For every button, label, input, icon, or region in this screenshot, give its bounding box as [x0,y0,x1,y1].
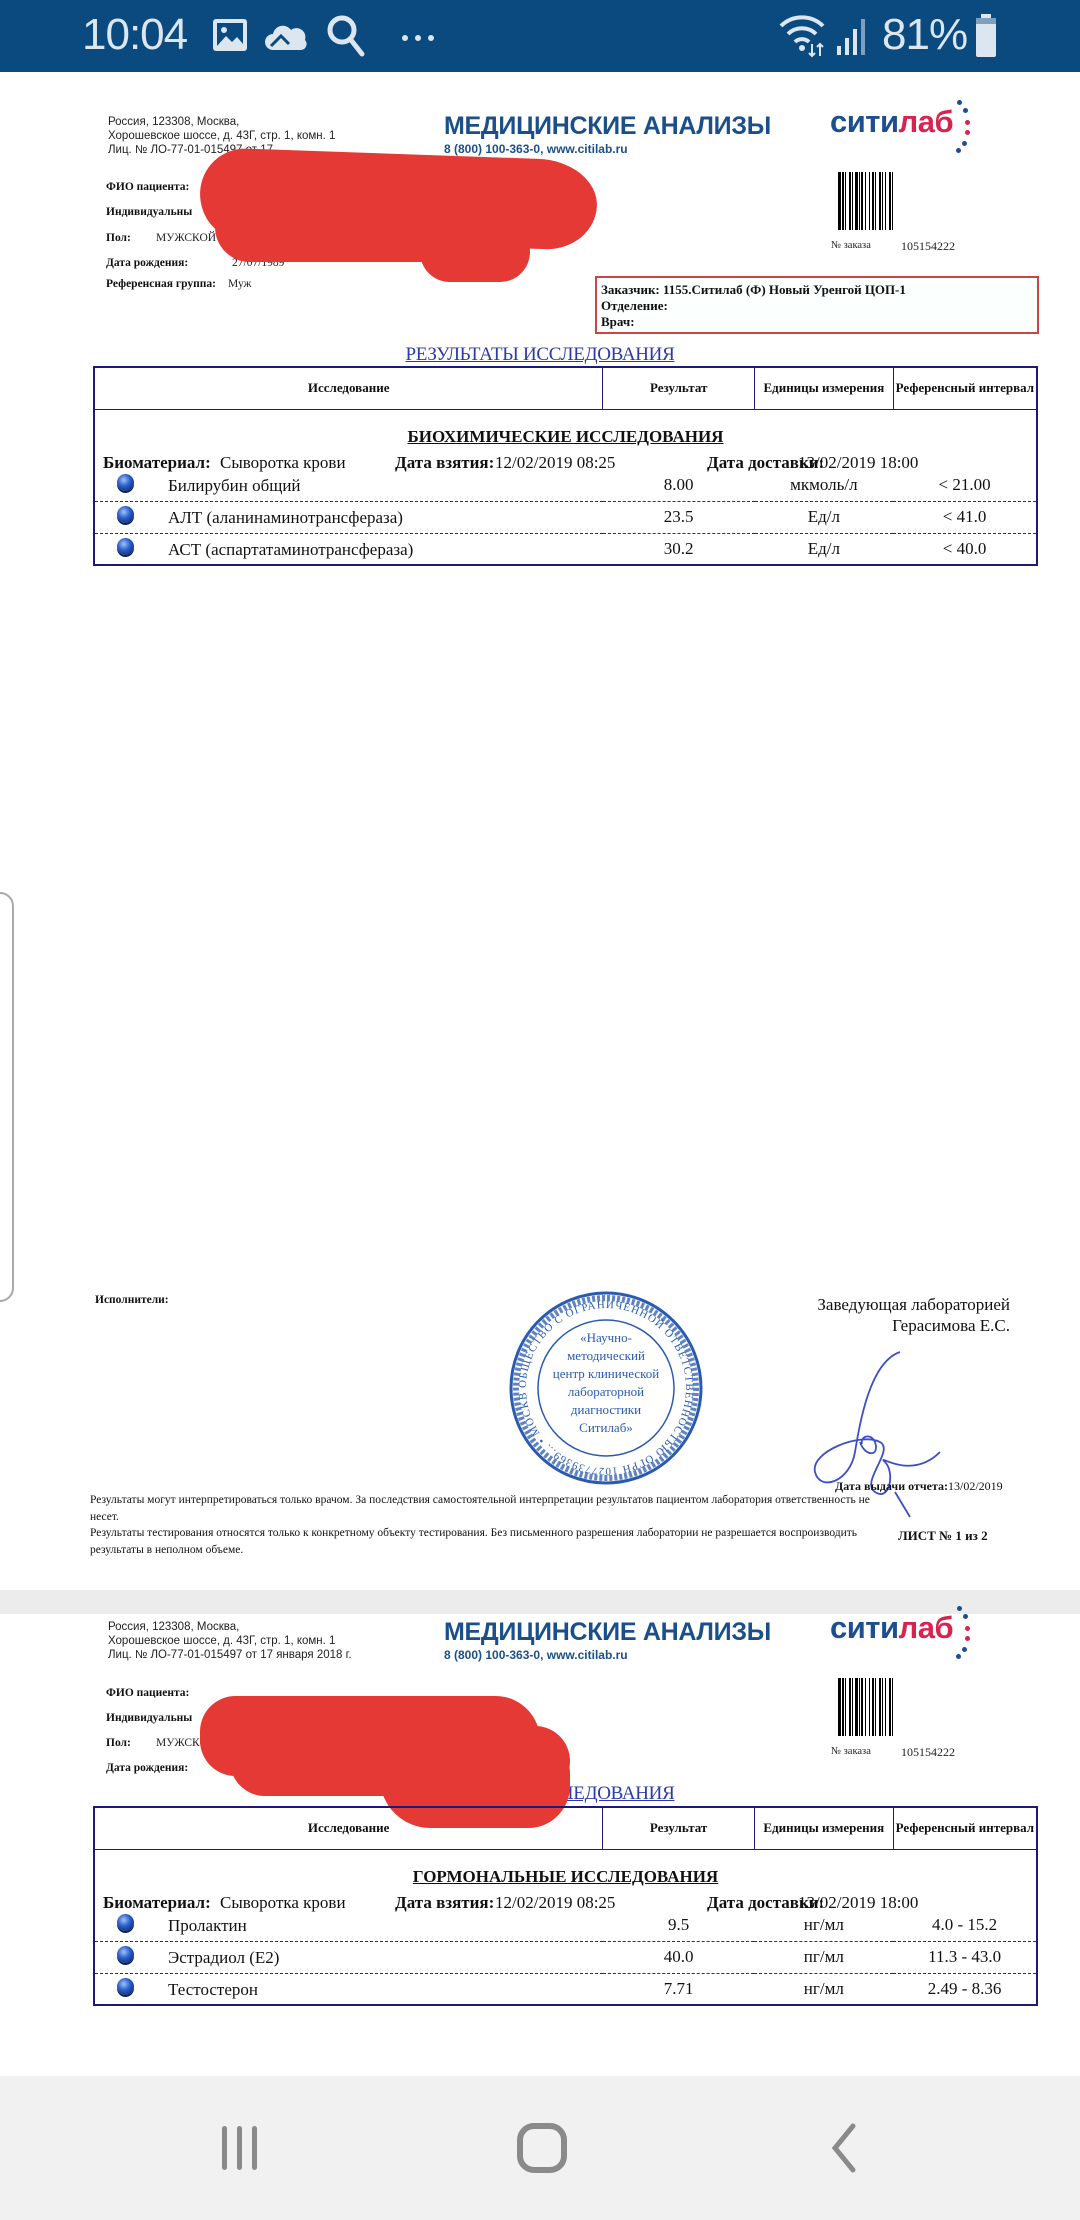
test-result: 23.5 [603,501,755,533]
svg-text:центр клинической: центр клинической [553,1366,660,1381]
battery-percent: 81% [882,10,967,60]
col-header-test: Исследование [94,1807,603,1849]
bullet-icon [117,1978,134,1995]
svg-text:«Научно-: «Научно- [580,1330,632,1345]
patient-name-label: ФИО пациента: [106,181,189,193]
taken-date-label: Дата взятия: [395,453,494,473]
ref-group-value: Муж [228,278,251,290]
citilab-logo: ситилаб [830,1610,953,1646]
bullet-icon [117,506,134,523]
test-reference: < 41.0 [893,501,1037,533]
lab-head: Заведующая лабораторией Герасимова Е.С. [817,1294,1010,1336]
lab-stamp: ОБЩЕСТВО С ОГРАНИЧЕННОЙ ОТВЕТСТВЕННОСТЬЮ… [508,1290,704,1486]
recents-button[interactable] [140,2076,340,2220]
test-unit: Ед/л [755,533,894,565]
test-result: 30.2 [603,533,755,565]
lab-head-title: Заведующая лабораторией [817,1294,1010,1315]
clock: 10:04 [82,10,187,60]
delivery-date-value: 13/02/2019 18:00 [798,1893,918,1913]
test-reference: < 40.0 [893,533,1037,565]
pdf-viewer[interactable]: Россия, 123308, Москва, Хорошевское шосс… [0,72,1080,2076]
test-unit: Ед/л [755,501,894,533]
biomaterial-value: Сыворотка крови [220,1893,346,1913]
biomaterial-label: Биоматериал: [103,1893,211,1913]
test-row: Эстрадиол (Е2) 40.0 пг/мл 11.3 - 43.0 [94,1941,1037,1973]
col-header-reference: Референсный интервал [893,1807,1037,1849]
bullet-icon [117,474,134,491]
customer-info-box: Заказчик: 1155.Ситилаб (Ф) Новый Уренгой… [595,276,1039,334]
test-result: 9.5 [603,1909,755,1941]
search-icon [326,14,366,63]
battery-icon [975,14,997,63]
wifi-icon [778,14,828,63]
section-title: БИОХИМИЧЕСКИЕ ИССЛЕДОВАНИЯ [94,409,1037,451]
navigation-bar [0,2076,1080,2220]
more-dots-icon [400,30,440,48]
col-header-result: Результат [603,367,755,409]
dob-label: Дата рождения: [106,257,188,269]
test-unit: нг/мл [754,1973,893,2005]
bullet-icon [117,1914,134,1931]
order-label: № заказа [831,240,871,251]
gallery-icon [212,18,248,57]
results-title: РЕЗУЛЬТАТЫ ИССЛЕДОВАНИЯ [0,344,1080,366]
back-button[interactable] [744,2076,944,2220]
test-unit: мкмоль/л [755,469,894,501]
test-name: Эстрадиол (Е2) [168,1948,279,1967]
sheet-number: ЛИСТ № 1 из 2 [898,1527,988,1544]
sample-meta: Биоматериал: Сыворотка крови Дата взятия… [94,451,1037,469]
disclaimer-1: Результаты могут интерпретироваться толь… [90,1492,870,1526]
test-name: АЛТ (аланинаминотрансфераза) [168,508,403,527]
order-label: № заказа [831,1746,871,1757]
status-bar: 10:04 81% [0,0,1080,72]
test-name: Билирубин общий [168,476,301,495]
test-row: АЛТ (аланинаминотрансфераза) 23.5 Ед/л <… [94,501,1037,533]
test-name: Тестостерон [168,1980,258,1999]
brand-title: МЕДИЦИНСКИЕ АНАЛИЗЫ [444,1618,771,1647]
issue-date-value: 13/02/2019 [948,1479,1003,1493]
bullet-icon [117,538,134,555]
delivery-date-value: 13/02/2019 18:00 [798,453,918,473]
col-header-test: Исследование [94,367,603,409]
section-title: ГОРМОНАЛЬНЫЕ ИССЛЕДОВАНИЯ [94,1849,1037,1891]
svg-text:Ситилаб»: Ситилаб» [579,1420,633,1435]
executors-label: Исполнители: [95,1292,169,1309]
test-row: Пролактин 9.5 нг/мл 4.0 - 15.2 [94,1909,1037,1941]
home-icon [517,2123,567,2173]
barcode [838,172,976,230]
svg-text:диагностики: диагностики [571,1402,641,1417]
brand-contact: 8 (800) 100-363-0, www.citilab.ru [444,1648,628,1662]
sex-value: МУЖСКОЙ [156,232,216,244]
back-icon [829,2123,859,2173]
test-reference: 2.49 - 8.36 [893,1973,1037,2005]
disclaimer-2: Результаты тестирования относятся только… [90,1525,870,1559]
test-row: Билирубин общий 8.00 мкмоль/л < 21.00 [94,469,1037,501]
test-unit: нг/мл [754,1909,893,1941]
col-header-units: Единицы измерения [755,367,894,409]
svg-text:методический: методический [567,1348,645,1363]
biomaterial-value: Сыворотка крови [220,453,346,473]
bullet-icon [117,1946,134,1963]
dob-label: Дата рождения: [106,1762,188,1774]
test-name: АСТ (аспартатаминотрансфераза) [168,540,413,559]
test-result: 8.00 [603,469,755,501]
test-reference: 11.3 - 43.0 [893,1941,1037,1973]
test-name: Пролактин [168,1916,247,1935]
svg-text:лабораторной: лабораторной [568,1384,644,1399]
barcode [838,1678,976,1736]
recents-icon [218,2124,262,2172]
edge-panel-handle[interactable] [0,892,14,1302]
cloud-icon [265,22,309,57]
test-reference: 4.0 - 15.2 [893,1909,1037,1941]
col-header-result: Результат [603,1807,755,1849]
lab-address: Россия, 123308, Москва, Хорошевское шосс… [108,1620,352,1662]
signal-icon [835,16,869,61]
sex-label: Пол: [106,1737,131,1749]
biomaterial-label: Биоматериал: [103,453,211,473]
test-row: АСТ (аспартатаминотрансфераза) 30.2 Ед/л… [94,533,1037,565]
taken-date-label: Дата взятия: [395,1893,494,1913]
col-header-units: Единицы измерения [754,1807,893,1849]
issue-date-label: Дата выдачи отчета: [835,1479,948,1493]
test-result: 7.71 [603,1973,755,2005]
brand-title: МЕДИЦИНСКИЕ АНАЛИЗЫ [444,112,771,141]
results-table: Исследование Результат Единицы измерения… [93,366,1038,566]
results-table: Исследование Результат Единицы измерения… [93,1806,1038,2006]
brand-contact: 8 (800) 100-363-0, www.citilab.ru [444,142,628,156]
order-number: 105154222 [901,1745,955,1760]
order-number: 105154222 [901,239,955,254]
taken-date-value: 12/02/2019 08:25 [495,453,615,473]
patient-name-label: ФИО пациента: [106,1687,189,1699]
test-result: 40.0 [603,1941,755,1973]
sex-label: Пол: [106,232,131,244]
test-reference: < 21.00 [893,469,1037,501]
taken-date-value: 12/02/2019 08:25 [495,1893,615,1913]
lab-head-name: Герасимова Е.С. [817,1315,1010,1336]
individual-label: Индивидуальны [106,1712,192,1724]
test-unit: пг/мл [754,1941,893,1973]
citilab-logo: ситилаб [830,104,953,140]
individual-label: Индивидуальны [106,206,192,218]
ref-group-label: Референсная группа: [106,278,216,290]
col-header-reference: Референсный интервал [893,367,1037,409]
sample-meta: Биоматериал: Сыворотка крови Дата взятия… [94,1891,1037,1909]
home-button[interactable] [442,2076,642,2220]
test-row: Тестостерон 7.71 нг/мл 2.49 - 8.36 [94,1973,1037,2005]
